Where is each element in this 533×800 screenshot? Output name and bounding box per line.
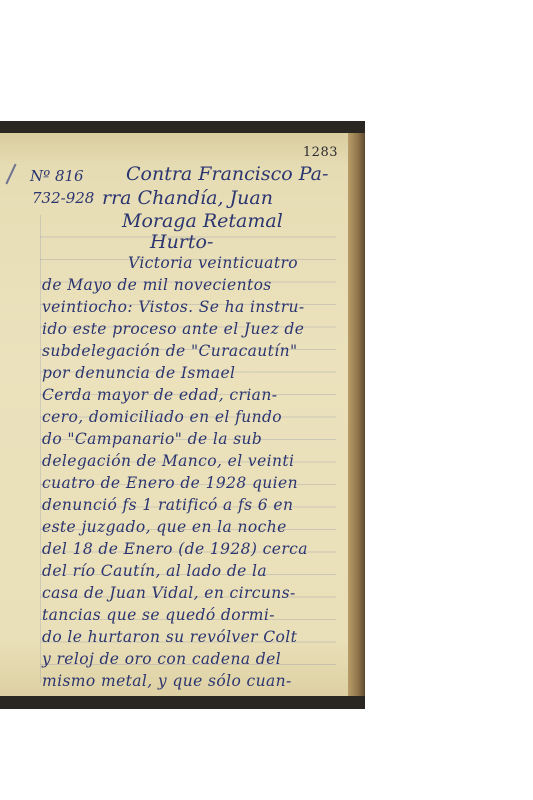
heading-line: Hurto- <box>150 233 213 252</box>
body-line: do le hurtaron su revólver Colt <box>42 630 297 646</box>
body-line: este juzgado, que en la noche <box>42 520 287 536</box>
margin-line <box>40 215 41 683</box>
body-line: por denuncia de Ismael <box>42 366 235 382</box>
page-edge <box>348 133 365 696</box>
body-line: y reloj de oro con cadena del <box>42 652 281 668</box>
body-line: veintiocho: Vistos. Se ha instru- <box>42 300 305 316</box>
body-line: delegación de Manco, el veinti <box>42 454 294 470</box>
body-line: del río Cautín, al lado de la <box>42 564 267 580</box>
heading-line: Moraga Retamal <box>122 212 283 231</box>
body-line: Cerda mayor de edad, crian- <box>42 388 277 404</box>
heading-line: rra Chandía, Juan <box>102 189 273 208</box>
document-scan: 1283 Nº 816 732-928 Contra Francisco Pa-… <box>0 121 365 709</box>
body-line: mismo metal, y que sólo cuan- <box>42 674 292 690</box>
body-line: tancias que se quedó dormi- <box>42 608 275 624</box>
body-line: cero, domiciliado en el fundo <box>42 410 282 426</box>
body-line: do "Campanario" de la sub <box>42 432 262 448</box>
body-line: de Mayo de mil novecientos <box>42 278 272 294</box>
case-number: Nº 816 <box>30 169 84 184</box>
body-line: Victoria veinticuatro <box>128 256 298 272</box>
margin-tick-mark <box>5 164 16 185</box>
folio-range: 732-928 <box>32 191 94 206</box>
body-line: del 18 de Enero (de 1928) cerca <box>42 542 308 558</box>
ledger-page: 1283 Nº 816 732-928 Contra Francisco Pa-… <box>0 133 352 696</box>
body-line: ido este proceso ante el Juez de <box>42 322 304 338</box>
heading-line: Contra Francisco Pa- <box>126 165 328 184</box>
body-line: denunció fs 1 ratificó a fs 6 en <box>42 498 293 514</box>
page-number: 1283 <box>303 145 338 160</box>
body-line: casa de Juan Vidal, en circuns- <box>42 586 296 602</box>
body-line: subdelegación de "Curacautín" <box>42 344 298 360</box>
body-line: cuatro de Enero de 1928 quien <box>42 476 298 492</box>
